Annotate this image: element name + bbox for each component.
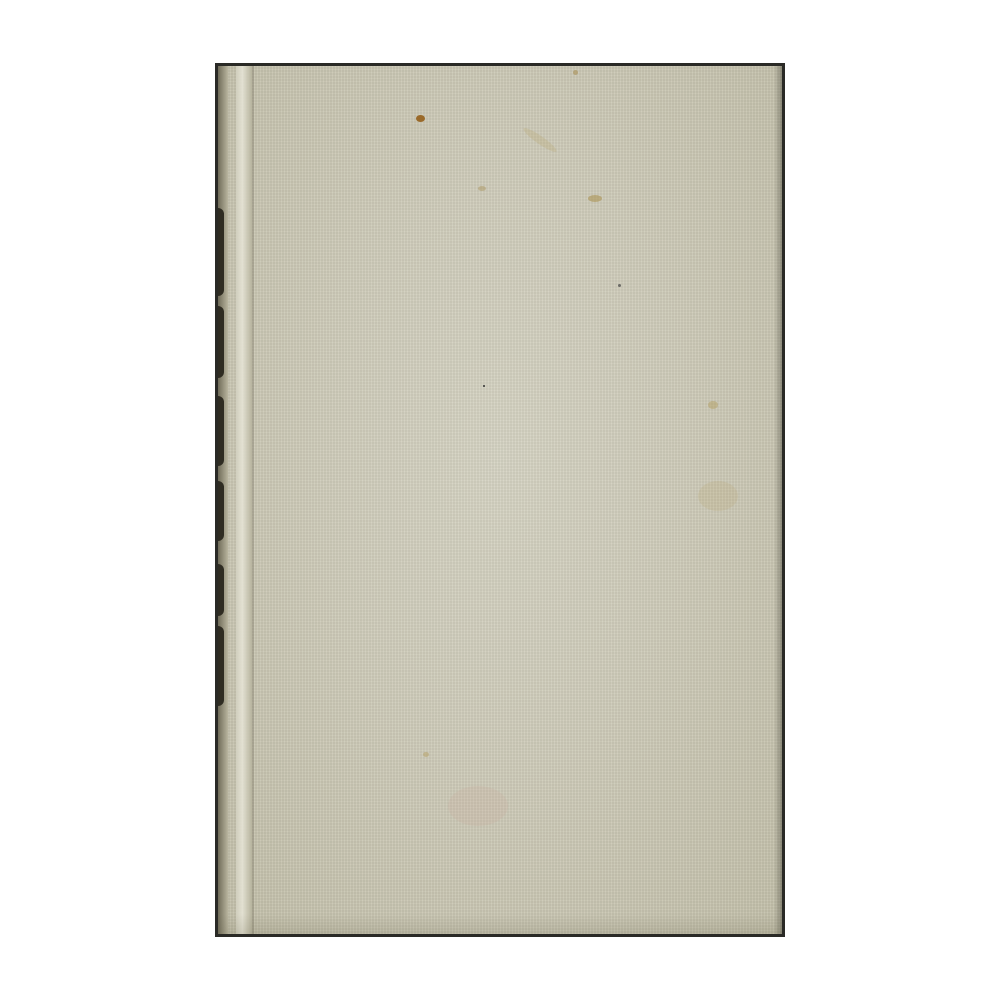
- stain: [573, 70, 578, 75]
- stain: [618, 284, 621, 287]
- spine-lettering-fragment: [218, 396, 224, 466]
- stain: [588, 195, 602, 202]
- stain: [708, 401, 718, 409]
- stain: [698, 481, 738, 511]
- spine-lettering-fragment: [218, 564, 224, 616]
- book-cover: [218, 66, 782, 934]
- spine-lettering-fragment: [218, 208, 224, 296]
- spine-lettering-fragment: [218, 626, 224, 706]
- bottom-edge-shadow: [218, 914, 782, 934]
- book: [215, 63, 785, 937]
- spine-lettering-fragment: [218, 481, 224, 541]
- stain: [478, 186, 486, 191]
- stain: [416, 115, 425, 122]
- fore-edge-shadow: [774, 66, 782, 934]
- stain: [448, 786, 508, 826]
- stain: [521, 125, 558, 154]
- spine-lettering-fragment: [218, 306, 224, 378]
- stain: [423, 752, 429, 757]
- hinge-groove: [236, 66, 252, 934]
- stain: [483, 385, 485, 387]
- hinge-line: [252, 66, 254, 934]
